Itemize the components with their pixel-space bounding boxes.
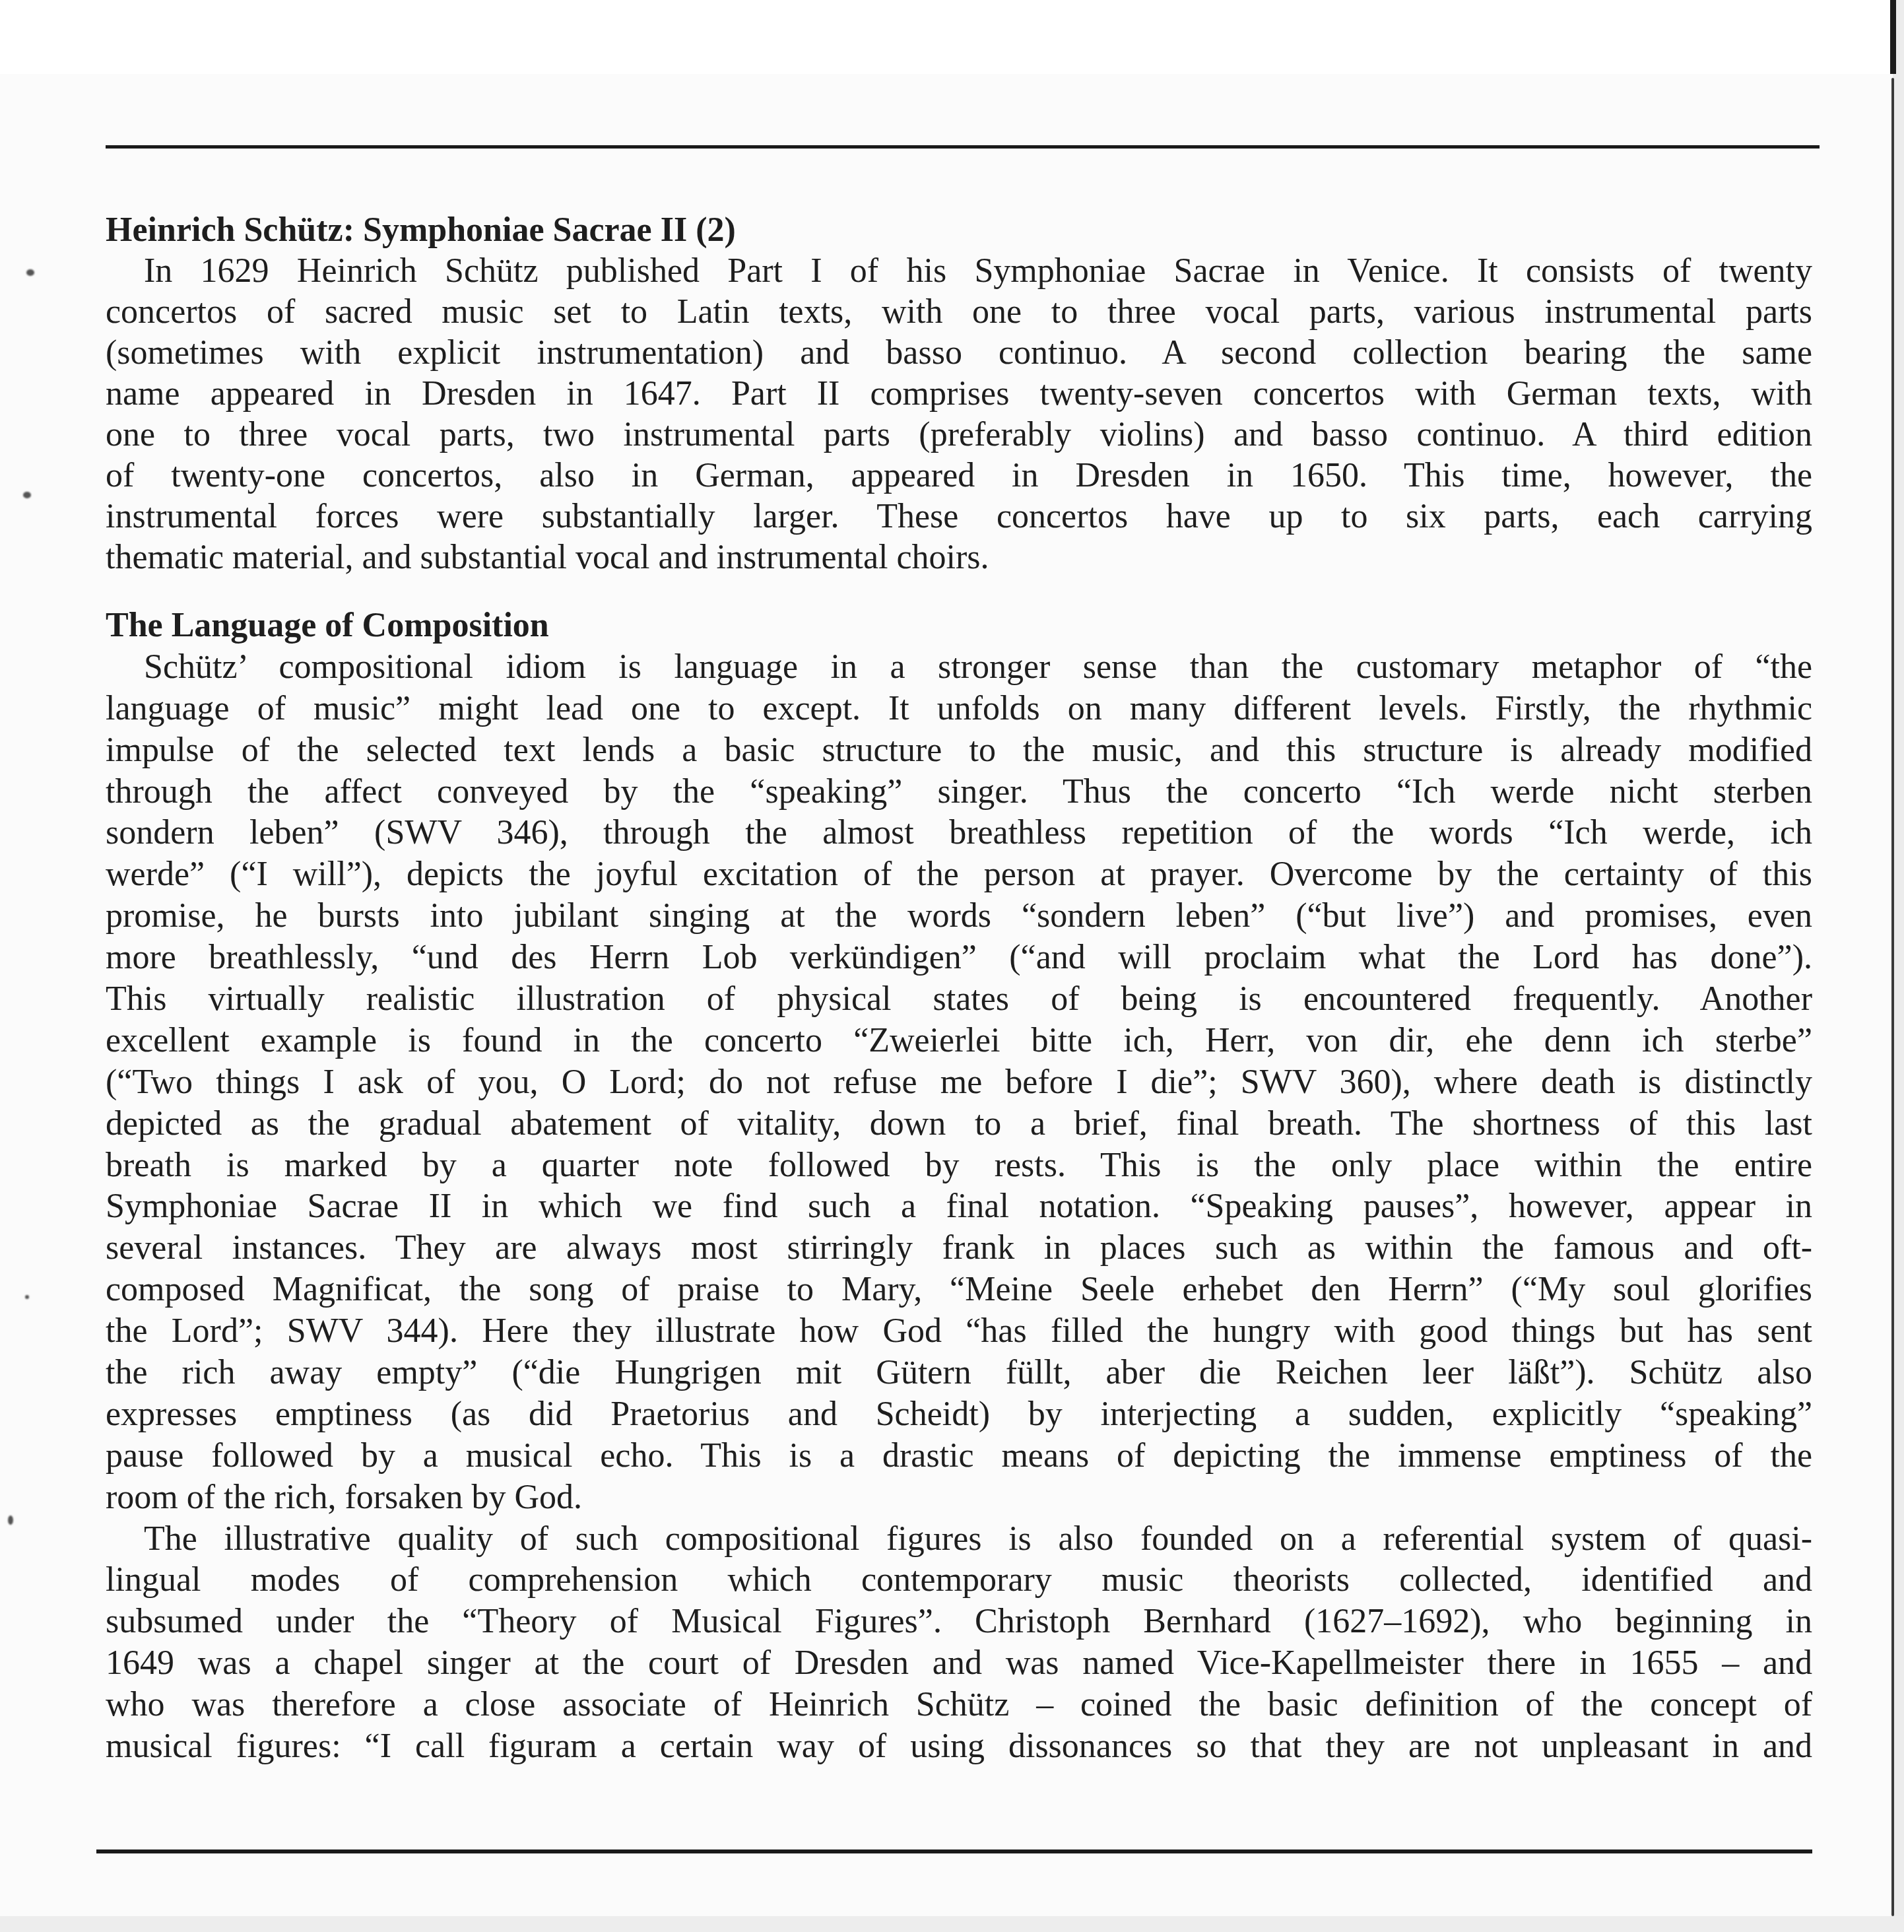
body-text-line: thematic material, and substantial vocal… [106, 537, 1812, 578]
body-text-line: Symphoniae Sacrae II in which we find su… [106, 1186, 1812, 1228]
body-text-line: expresses emptiness (as did Praetorius a… [106, 1394, 1812, 1436]
punch-mark [23, 492, 31, 498]
body-text-line: 1649 was a chapel singer at the court of… [106, 1643, 1812, 1684]
section-language-of-composition: The Language of Composition Schütz’ comp… [106, 605, 1812, 1768]
body-text-line: (“Two things I ask of you, O Lord; do no… [106, 1062, 1812, 1104]
body-text-line: language of music” might lead one to exc… [106, 688, 1812, 730]
body-text-line: In 1629 Heinrich Schütz published Part I… [106, 251, 1812, 292]
body-text-line: room of the rich, forsaken by God. [106, 1477, 1812, 1519]
page-edge-line [1891, 78, 1894, 1916]
body-text-line: who was therefore a close associate of H… [106, 1684, 1812, 1726]
body-text-line: composed Magnificat, the song of praise … [106, 1269, 1812, 1311]
body-text-line: one to three vocal parts, two instrument… [106, 415, 1812, 455]
section-heading: Heinrich Schütz: Symphoniae Sacrae II (2… [106, 210, 1812, 251]
bottom-rule-divider [96, 1849, 1812, 1853]
body-text-line: through the affect conveyed by the “spea… [106, 772, 1812, 813]
body-text-line: concertos of sacred music set to Latin t… [106, 292, 1812, 333]
body-text-line: lingual modes of comprehension which con… [106, 1560, 1812, 1601]
body-text-line: subsumed under the “Theory of Musical Fi… [106, 1601, 1812, 1643]
body-text-line: This virtually realistic illustration of… [106, 979, 1812, 1020]
body-text-line: sondern leben” (SWV 346), through the al… [106, 813, 1812, 854]
body-text-line: breath is marked by a quarter note follo… [106, 1145, 1812, 1187]
punch-mark [25, 1295, 29, 1299]
body-text-line: of twenty-one concertos, also in German,… [106, 455, 1812, 496]
page-top-margin [0, 0, 1893, 74]
body-text-line: more breathlessly, “und des Herrn Lob ve… [106, 937, 1812, 979]
scanned-page: Heinrich Schütz: Symphoniae Sacrae II (2… [0, 0, 1893, 1916]
body-text-line: instrumental forces were substantially l… [106, 496, 1812, 537]
body-text-line: Schütz’ compositional idiom is language … [106, 647, 1812, 688]
body-text-line: promise, he bursts into jubilant singing… [106, 896, 1812, 937]
body-text-line: The illustrative quality of such composi… [106, 1519, 1812, 1560]
punch-mark [26, 269, 34, 276]
body-text-line: werde” (“I will”), depicts the joyful ex… [106, 854, 1812, 896]
body-text-line: several instances. They are always most … [106, 1228, 1812, 1269]
section-heading: The Language of Composition [106, 605, 1812, 647]
body-text-line: name appeared in Dresden in 1647. Part I… [106, 374, 1812, 415]
body-text-line: pause followed by a musical echo. This i… [106, 1436, 1812, 1477]
body-text-line: musical figures: “I call figuram a certa… [106, 1726, 1812, 1768]
body-text-line: the rich away empty” (“die Hungrigen mit… [106, 1352, 1812, 1394]
body-text-line: excellent example is found in the concer… [106, 1020, 1812, 1062]
scan-background [0, 1916, 1904, 1932]
body-text-line: impulse of the selected text lends a bas… [106, 730, 1812, 772]
top-rule-divider [106, 145, 1820, 149]
punch-mark [8, 1516, 13, 1525]
body-text-line: the Lord”; SWV 344). Here they illustrat… [106, 1311, 1812, 1352]
body-text-line: (sometimes with explicit instrumentation… [106, 333, 1812, 374]
body-text-line: depicted as the gradual abatement of vit… [106, 1104, 1812, 1145]
section-symphoniae-sacrae: Heinrich Schütz: Symphoniae Sacrae II (2… [106, 210, 1812, 578]
page-edge-shadow [1890, 0, 1896, 74]
